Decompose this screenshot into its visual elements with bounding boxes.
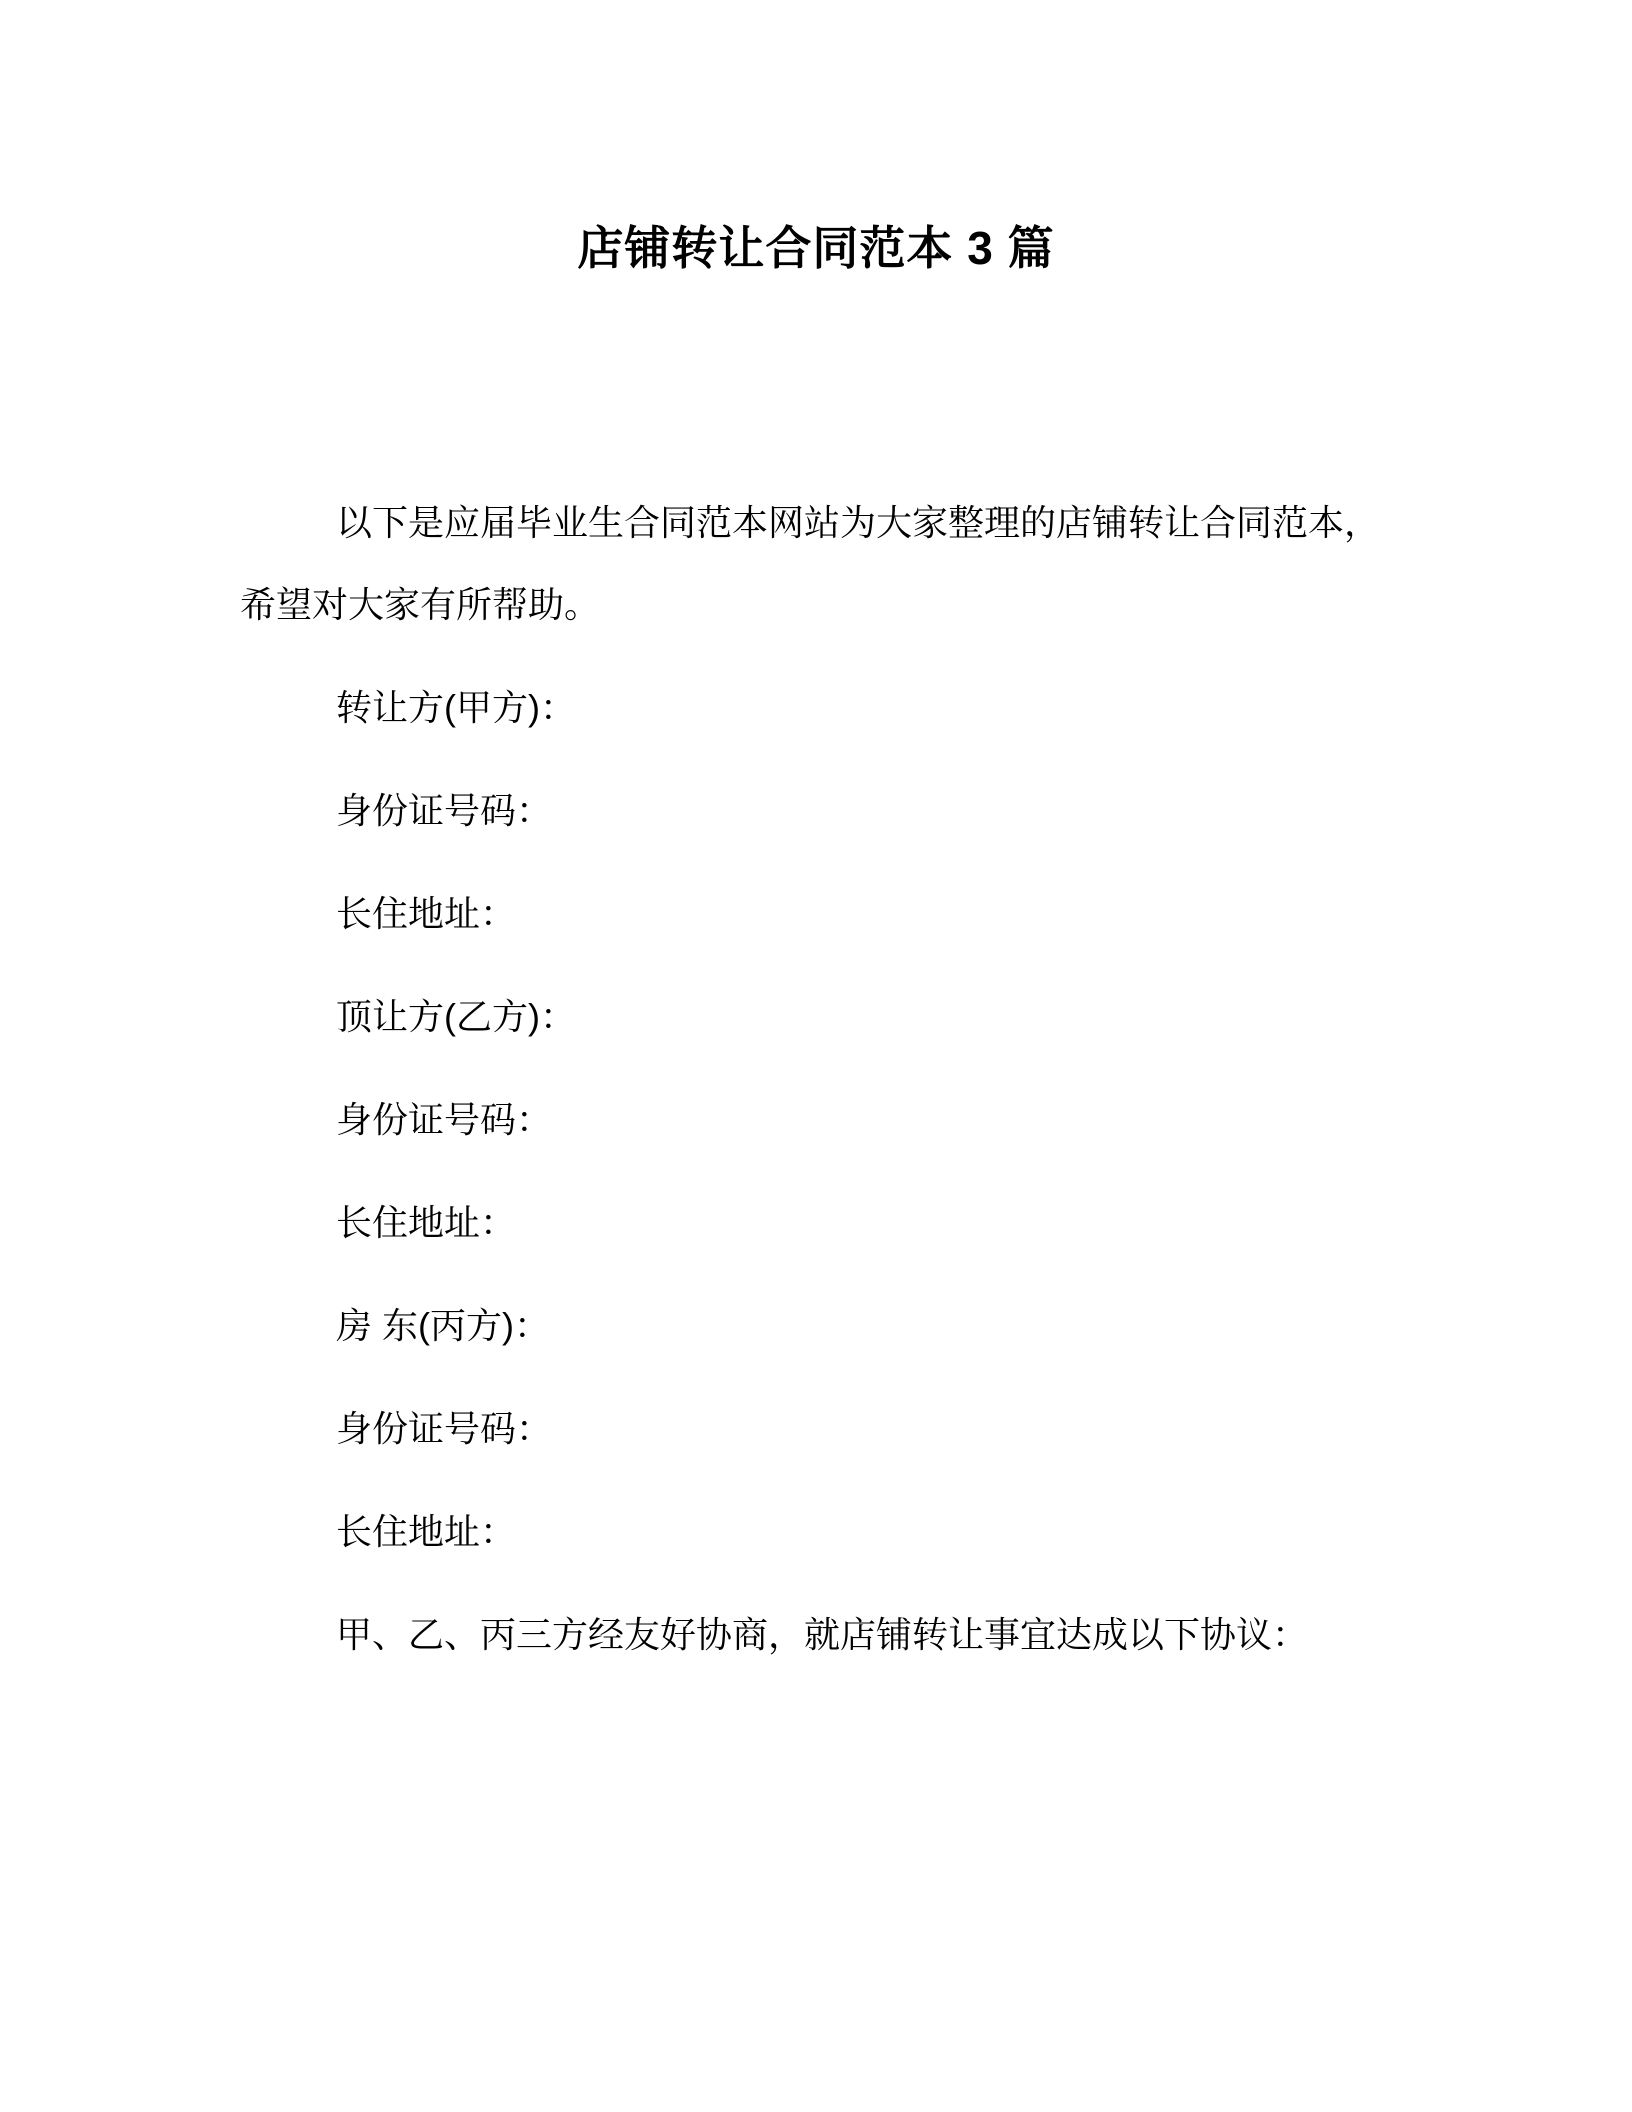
id-number-label-party-c: 身份证号码： [240,1388,1392,1470]
transferor-party-a-label: 转让方(甲方)： [240,667,1392,749]
address-label-party-c: 长住地址： [240,1491,1392,1573]
document-body: 以下是应届毕业生合同范本网站为大家整理的店铺转让合同范本，希望对大家有所帮助。 … [0,482,1632,1676]
address-label-party-b: 长住地址： [240,1182,1392,1264]
document-page: 店铺转让合同范本 3 篇 以下是应届毕业生合同范本网站为大家整理的店铺转让合同范… [0,0,1632,2112]
intro-paragraph: 以下是应届毕业生合同范本网站为大家整理的店铺转让合同范本，希望对大家有所帮助。 [240,482,1392,646]
transferee-party-b-label: 顶让方(乙方)： [240,976,1392,1058]
landlord-party-c-label: 房 东(丙方)： [240,1285,1392,1367]
document-title: 店铺转让合同范本 3 篇 [0,0,1632,278]
id-number-label-party-b: 身份证号码： [240,1079,1392,1161]
id-number-label-party-a: 身份证号码： [240,770,1392,852]
address-label-party-a: 长住地址： [240,873,1392,955]
agreement-statement: 甲、乙、丙三方经友好协商，就店铺转让事宜达成以下协议： [240,1594,1392,1676]
